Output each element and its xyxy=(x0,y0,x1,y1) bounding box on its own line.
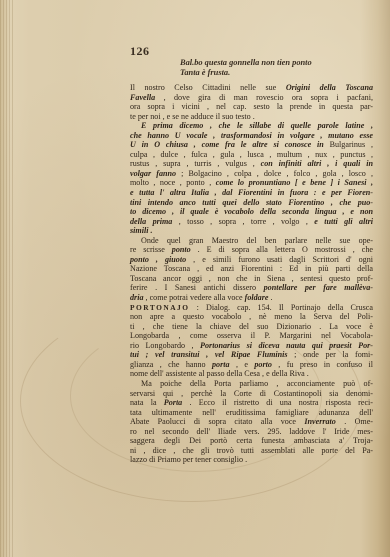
text-line: ti , che tiene la chiave del suo Diziona… xyxy=(130,322,373,332)
epigraph-line: Tanta è frusta. xyxy=(180,68,312,78)
text-line: Toscana ancor oggi , non che in Siena , … xyxy=(130,274,373,284)
text-line: molto , noce , ponto , come lo pronuntia… xyxy=(130,178,373,188)
text-line: Il nostro Celso Cittadini nelle sue Orig… xyxy=(130,83,373,93)
text-run: ti , che tiene la chiave del suo Diziona… xyxy=(130,322,373,331)
text-line: rio Longobardo , Portonarius si diceva n… xyxy=(130,341,373,351)
headword: PORTONAJO xyxy=(130,303,190,312)
text-run: Nazione Toscana , ed anzi Fiorentini : E… xyxy=(130,264,373,273)
paragraph: Ma poiche della Porta parliamo , acconci… xyxy=(130,379,373,465)
text-line: nata la Porta . Ecco il ristretto di una… xyxy=(130,398,373,408)
text-line: saggera degli Dei portò certa funesta am… xyxy=(130,436,373,446)
text-line: ni , dice , che gli trovò tutti assembla… xyxy=(130,446,373,456)
italic-text: tui ; vel transitui , vel Ripae Fluminis xyxy=(130,350,288,359)
text-line: Ma poiche della Porta parliamo , acconci… xyxy=(130,379,373,389)
paragraph: Il nostro Celso Cittadini nelle sue Orig… xyxy=(130,83,373,121)
italic-text: to dicemo , il quale è vocabolo della se… xyxy=(130,207,373,216)
italic-text: Inverrato xyxy=(304,417,335,426)
text-run: ro nel secondo dell' Iliade vers. 295. l… xyxy=(130,427,373,436)
text-run: glianza , che hanno xyxy=(130,360,212,369)
text-line: Favella , dove gira di man rovescio ora … xyxy=(130,93,373,103)
text-line: tui ; vel transitui , vel Ripae Fluminis… xyxy=(130,350,373,360)
text-line: dria , come potrai vedere alla voce fold… xyxy=(130,293,373,303)
paragraph: E prima dicemo , che le sillabe di quell… xyxy=(130,121,373,236)
text-run: . E di sopra alla lettera O mostrossi , … xyxy=(191,245,373,254)
text-line: volgar fanno ; Bolgacino , colpa , dolce… xyxy=(130,169,373,179)
text-run: ferire . I Sanesi antichi dissero xyxy=(130,283,264,292)
italic-text: Favella xyxy=(130,93,155,102)
text-run: saggera degli Dei portò certa funesta am… xyxy=(130,436,373,445)
text-run: Longobarda , come osserva il P. Margarin… xyxy=(130,331,373,340)
text-run: re scrisse xyxy=(130,245,172,254)
paragraph: Onde quel gran Maestro del ben parlare n… xyxy=(130,236,373,303)
text-run: Il nostro Celso Cittadini nelle sue xyxy=(130,83,286,92)
italic-text: volgar fanno xyxy=(130,169,176,178)
text-line: E prima dicemo , che le sillabe di quell… xyxy=(130,121,373,131)
text-line: Longobarda , come osserva il P. Margarin… xyxy=(130,331,373,341)
text-run: rustus , supra , turris , vulgus , xyxy=(130,159,261,168)
text-line: servarsi qui , perchè la Corte di Costan… xyxy=(130,389,373,399)
epigraph-line: Bal.bo questa gonnella non tien ponto xyxy=(180,58,312,68)
text-line: non apre a questo vocabolo , nè meno la … xyxy=(130,312,373,322)
text-run: lazzo di Priamo per tener consiglio . xyxy=(130,455,247,464)
text-line: U in O chiusa , come fra le altre si con… xyxy=(130,140,373,150)
text-line: tata ultimamente nell' eruditissima fami… xyxy=(130,408,373,418)
text-run: Toscana ancor oggi , non che in Siena , … xyxy=(130,274,373,283)
text-run: . Ecco il ristretto di una nostra rispos… xyxy=(182,398,373,407)
italic-text: della prima xyxy=(130,217,172,226)
epigraph: Bal.bo questa gonnella non tien ponto Ta… xyxy=(180,58,312,78)
text-run: ; onde per la fomi- xyxy=(288,350,373,359)
italic-text: Origini della Toscana xyxy=(286,83,373,92)
italic-text: con infiniti altri , i quali in xyxy=(261,159,373,168)
text-line: rustus , supra , turris , vulgus , con i… xyxy=(130,159,373,169)
text-run: , e simili furono usati dagli Scrittori … xyxy=(186,255,373,264)
text-run: Ma poiche della Porta parliamo , acconci… xyxy=(141,379,373,388)
paragraph: PORTONAJO : Dialog. cap. 154. Il Portina… xyxy=(130,303,373,379)
text-line: to dicemo , il quale è vocabolo della se… xyxy=(130,207,373,217)
text-run: Abate Paolucci di sopra citato alla voce xyxy=(130,417,304,426)
text-run: . xyxy=(268,293,272,302)
text-line: della prima , tosso , sopra , torre , vo… xyxy=(130,217,373,227)
text-run: ; Bolgacino , colpa , dolce , folco , go… xyxy=(176,169,373,178)
italic-text: U in O chiusa , come fra le altre si con… xyxy=(130,140,330,149)
italic-text: porto xyxy=(254,360,272,369)
text-run: ora sopra i vicini , nel cap. sesto la p… xyxy=(130,102,373,111)
italic-text: simili . xyxy=(130,226,153,235)
text-run: ni , dice , che gli trovò tutti assembla… xyxy=(130,446,373,455)
text-run: molto , noce , ponto , xyxy=(130,178,216,187)
italic-text: dria xyxy=(130,293,144,302)
text-run: nome dell' assistente al passo della Ces… xyxy=(130,369,309,378)
text-line: ro nel secondo dell' Iliade vers. 295. l… xyxy=(130,427,373,437)
text-line: e tutta l' altra Italia , dal Fiorentini… xyxy=(130,188,373,198)
text-run: Bulgarinus , xyxy=(330,140,373,149)
text-line: nome dell' assistente al passo della Ces… xyxy=(130,369,373,379)
italic-text: porta xyxy=(212,360,230,369)
text-run: rio Longobardo , xyxy=(130,341,200,350)
text-run: : Dialog. cap. 154. Il Portinajo della C… xyxy=(190,303,373,312)
text-run: , tosso , sopra , torre , volgo , xyxy=(172,217,314,226)
italic-text: pontellare per fare mallèva- xyxy=(264,283,373,292)
text-line: culpa , dulce , fulca , gula , lusca , m… xyxy=(130,150,373,160)
body-text: Il nostro Celso Cittadini nelle sue Orig… xyxy=(130,83,373,465)
text-run: culpa , dulce , fulca , gula , lusca , m… xyxy=(130,150,373,159)
italic-text: ponto xyxy=(172,245,191,254)
text-line: Abate Paolucci di sopra citato alla voce… xyxy=(130,417,373,427)
text-run: , e xyxy=(230,360,255,369)
text-run: , dove gira di man rovescio ora sopra i … xyxy=(155,93,373,102)
text-run: . Ome- xyxy=(336,417,373,426)
text-line: re scrisse ponto . E di sopra alla lette… xyxy=(130,245,373,255)
text-line: simili . xyxy=(130,226,373,236)
text-run: tata ultimamente nell' eruditissima fami… xyxy=(130,408,373,417)
text-line: che hanno U vocale , trasformandosi in v… xyxy=(130,131,373,141)
italic-text: e tutta l' altra Italia , dal Fiorentini… xyxy=(130,188,373,197)
italic-text: foldare xyxy=(245,293,269,302)
text-line: ponto , giuoto , e simili furono usati d… xyxy=(130,255,373,265)
text-run: , come potrai vedere alla voce xyxy=(144,293,245,302)
text-run: servarsi qui , perchè la Corte di Costan… xyxy=(130,389,373,398)
text-run: , fu preso in confuso il xyxy=(272,360,373,369)
italic-text: Portonarius si diceva nauta qui praesit … xyxy=(200,341,373,350)
italic-text: come lo pronuntiano [ e bene ] i Sanesi … xyxy=(216,178,373,187)
text-run: nata la xyxy=(130,398,164,407)
text-line: ora sopra i vicini , nel cap. sesto la p… xyxy=(130,102,373,112)
italic-text: ponto , giuoto xyxy=(130,255,186,264)
italic-text: Porta xyxy=(164,398,182,407)
text-line: lazzo di Priamo per tener consiglio . xyxy=(130,455,373,465)
text-line: Nazione Toscana , ed anzi Fiorentini : E… xyxy=(130,264,373,274)
text-line: ferire . I Sanesi antichi dissero pontel… xyxy=(130,283,373,293)
italic-text: tini intendo anco tutti quei dello stato… xyxy=(130,198,373,207)
italic-text: E prima dicemo , che le sillabe di quell… xyxy=(141,121,373,130)
text-run: Onde quel gran Maestro del ben parlare n… xyxy=(141,236,373,245)
text-run: te per noi , e se ne adduce il suo testo… xyxy=(130,112,255,121)
page-gutter xyxy=(0,0,14,557)
italic-text: che hanno U vocale , trasformandosi in v… xyxy=(130,131,373,140)
text-line: tini intendo anco tutti quei dello stato… xyxy=(130,198,373,208)
text-line: glianza , che hanno porta , e porto , fu… xyxy=(130,360,373,370)
scanned-book-page: 126 Bal.bo questa gonnella non tien pont… xyxy=(0,0,390,557)
text-line: PORTONAJO : Dialog. cap. 154. Il Portina… xyxy=(130,303,373,313)
text-line: Onde quel gran Maestro del ben parlare n… xyxy=(130,236,373,246)
page-number: 126 xyxy=(130,44,150,59)
text-run: non apre a questo vocabolo , nè meno la … xyxy=(130,312,373,321)
italic-text: e tutti gli altri xyxy=(314,217,373,226)
text-line: te per noi , e se ne adduce il suo testo… xyxy=(130,112,373,122)
